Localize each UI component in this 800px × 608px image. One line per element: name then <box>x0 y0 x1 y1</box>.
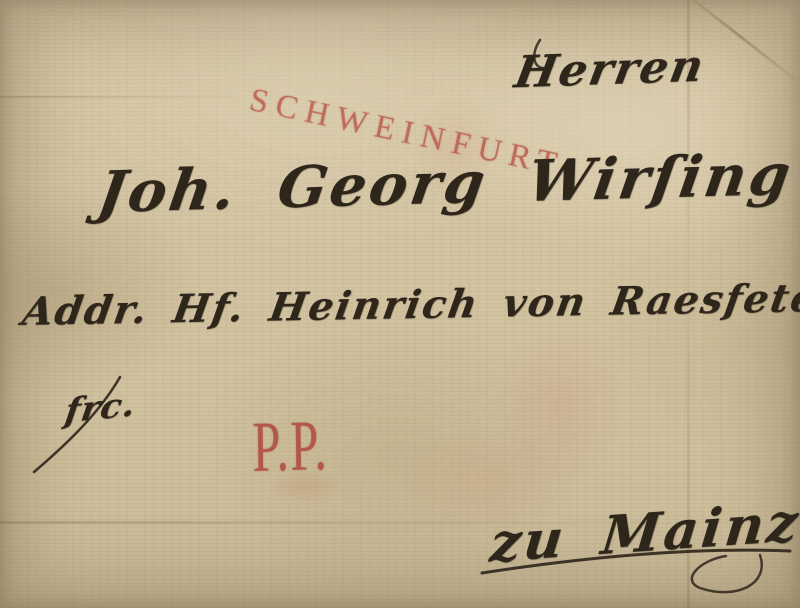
paper-crease-top-left <box>0 96 270 98</box>
letter-cover: SCHWEINFURT P.P. Herren Joh. Georg Wirſi… <box>0 0 800 608</box>
address-line-handwriting: Addr. Hf. Heinrich von Raesfete <box>19 275 800 335</box>
destination-handwriting: zu Mainz <box>487 491 800 574</box>
destination-tail-loop <box>692 555 762 592</box>
franking-note-handwriting: frc. <box>62 384 138 431</box>
paid-pp-postmark: P.P. <box>252 404 329 489</box>
salutation-handwriting: Herren <box>511 41 709 99</box>
recipient-name-handwriting: Joh. Georg Wirſing <box>93 141 797 226</box>
